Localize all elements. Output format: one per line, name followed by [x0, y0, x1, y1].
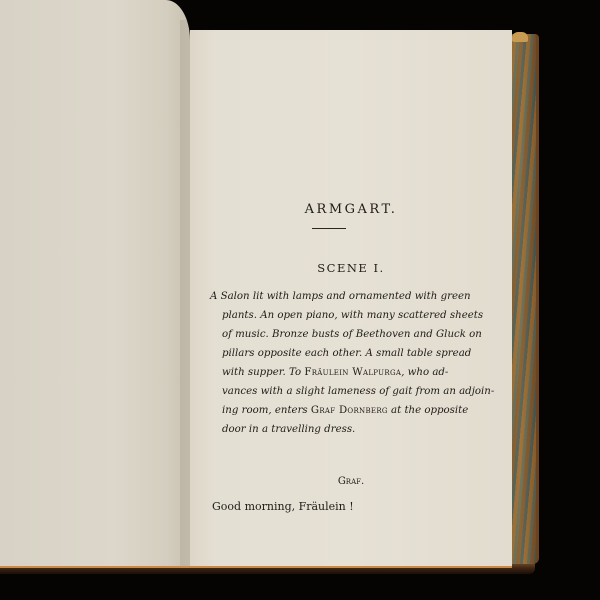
cover-corner — [512, 32, 528, 42]
book-photo: ARMGART. SCENE I. A Salon lit with lamps… — [0, 0, 600, 600]
stage-line: ing room, enters Graf Dornberg at the op… — [210, 401, 460, 420]
stage-text: at the opposite — [388, 405, 469, 416]
stage-line: of music. Bronze busts of Beethoven and … — [210, 325, 460, 344]
stage-text: with supper. To — [222, 367, 304, 378]
right-page: ARMGART. SCENE I. A Salon lit with lamps… — [190, 30, 512, 568]
stage-line: vances with a slight lameness of gait fr… — [210, 382, 460, 401]
speaker-name: Graf. — [190, 476, 512, 487]
page-title: ARMGART. — [190, 202, 512, 217]
stage-text: , who ad- — [401, 367, 448, 378]
character-name-dornberg: Graf Dornberg — [311, 405, 388, 416]
stage-line: with supper. To Fräulein Walpurga, who a… — [210, 363, 460, 382]
stage-line: plants. An open piano, with many scatter… — [210, 306, 460, 325]
stage-line: A Salon lit with lamps and ornamented wi… — [210, 287, 460, 306]
marbled-fore-edge — [510, 34, 539, 564]
stage-line: pillars opposite each other. A small tab… — [210, 344, 460, 363]
character-name-walpurga: Fräulein Walpurga — [304, 367, 401, 378]
stage-text: ing room, enters — [222, 405, 311, 416]
scene-heading: SCENE I. — [190, 261, 512, 275]
title-rule — [312, 228, 346, 229]
left-page — [0, 0, 190, 568]
stage-line: door in a travelling dress. — [210, 420, 460, 439]
dialogue-line: Good morning, Fräulein ! — [212, 500, 354, 513]
stage-direction: A Salon lit with lamps and ornamented wi… — [210, 287, 460, 439]
